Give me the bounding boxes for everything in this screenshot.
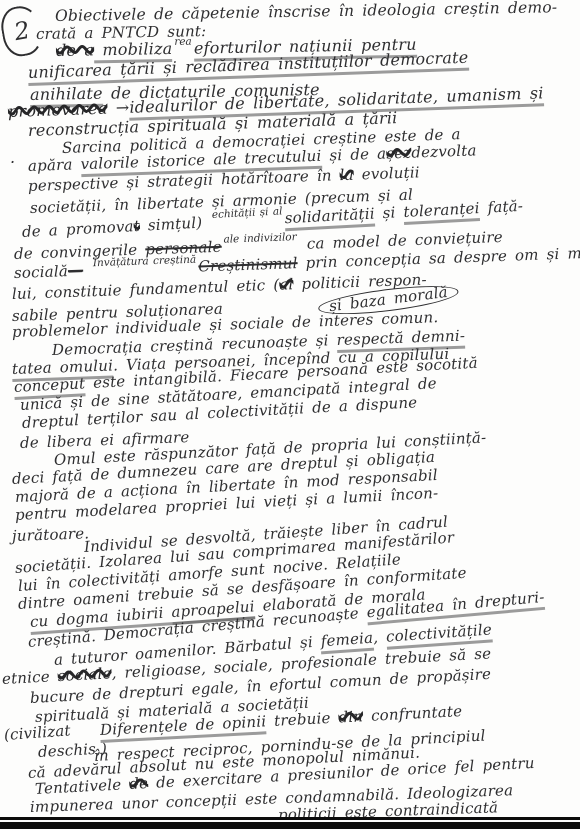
manuscript-page: 2 . Obiectivele de căpetenie înscrise în…	[0, 0, 580, 829]
struck-out-text: —	[68, 262, 84, 281]
text-segment: (civilizat	[3, 721, 71, 744]
underlined-text: toleranței	[403, 199, 480, 225]
line-title-1: Obiectivele de căpetenie înscrise în ide…	[55, 0, 558, 25]
text-segment: și	[374, 203, 404, 222]
text-segment: confruntate	[363, 702, 463, 725]
text-segment: etnice	[2, 667, 59, 688]
text-segment: trebuie	[266, 709, 339, 731]
text-segment: →	[107, 98, 130, 118]
struck-out-text: Creștinismul	[198, 254, 298, 275]
scan-edge-bar	[0, 817, 580, 829]
inserted-text: ale indivizilor	[223, 232, 297, 246]
text-segment: apăra	[28, 155, 81, 175]
struck-out-text: promovarea	[8, 99, 108, 121]
margin-mark: .	[10, 148, 15, 167]
text-segment: jurătoare.	[12, 524, 90, 545]
text-segment: ,	[373, 628, 387, 647]
inserted-text: Învățătura creștină	[93, 255, 197, 270]
struck-out-text: al	[279, 275, 294, 293]
text-segment: socială	[14, 262, 69, 282]
struck-out-text: din	[338, 707, 364, 726]
line-juratoare: jurătoare.	[12, 525, 90, 544]
text-segment: de a promova	[22, 217, 135, 241]
text-segment: Obiectivele de căpetenie înscrise în ide…	[55, 0, 558, 25]
struck-out-text: sociale	[57, 664, 112, 685]
struck-out-text: șez	[386, 144, 412, 163]
text-segment: față-	[479, 197, 523, 217]
text-segment: și de a	[321, 144, 386, 164]
margin-note-civilizat: (civilizat	[3, 722, 71, 743]
text-segment: dezvolta	[411, 141, 477, 161]
inserted-text: rea	[174, 37, 192, 49]
struck-out-text: la	[339, 166, 354, 184]
text-segment: evoluții	[353, 163, 420, 183]
inserted-text: echității și al	[212, 206, 283, 221]
struck-out-text: de a	[56, 40, 94, 60]
text-segment: simțul)	[139, 213, 210, 235]
text-segment	[83, 261, 92, 279]
scan-edge-stripe	[0, 820, 580, 822]
struck-out-text: de	[129, 774, 149, 793]
underlined-text: solidarității	[284, 205, 375, 232]
